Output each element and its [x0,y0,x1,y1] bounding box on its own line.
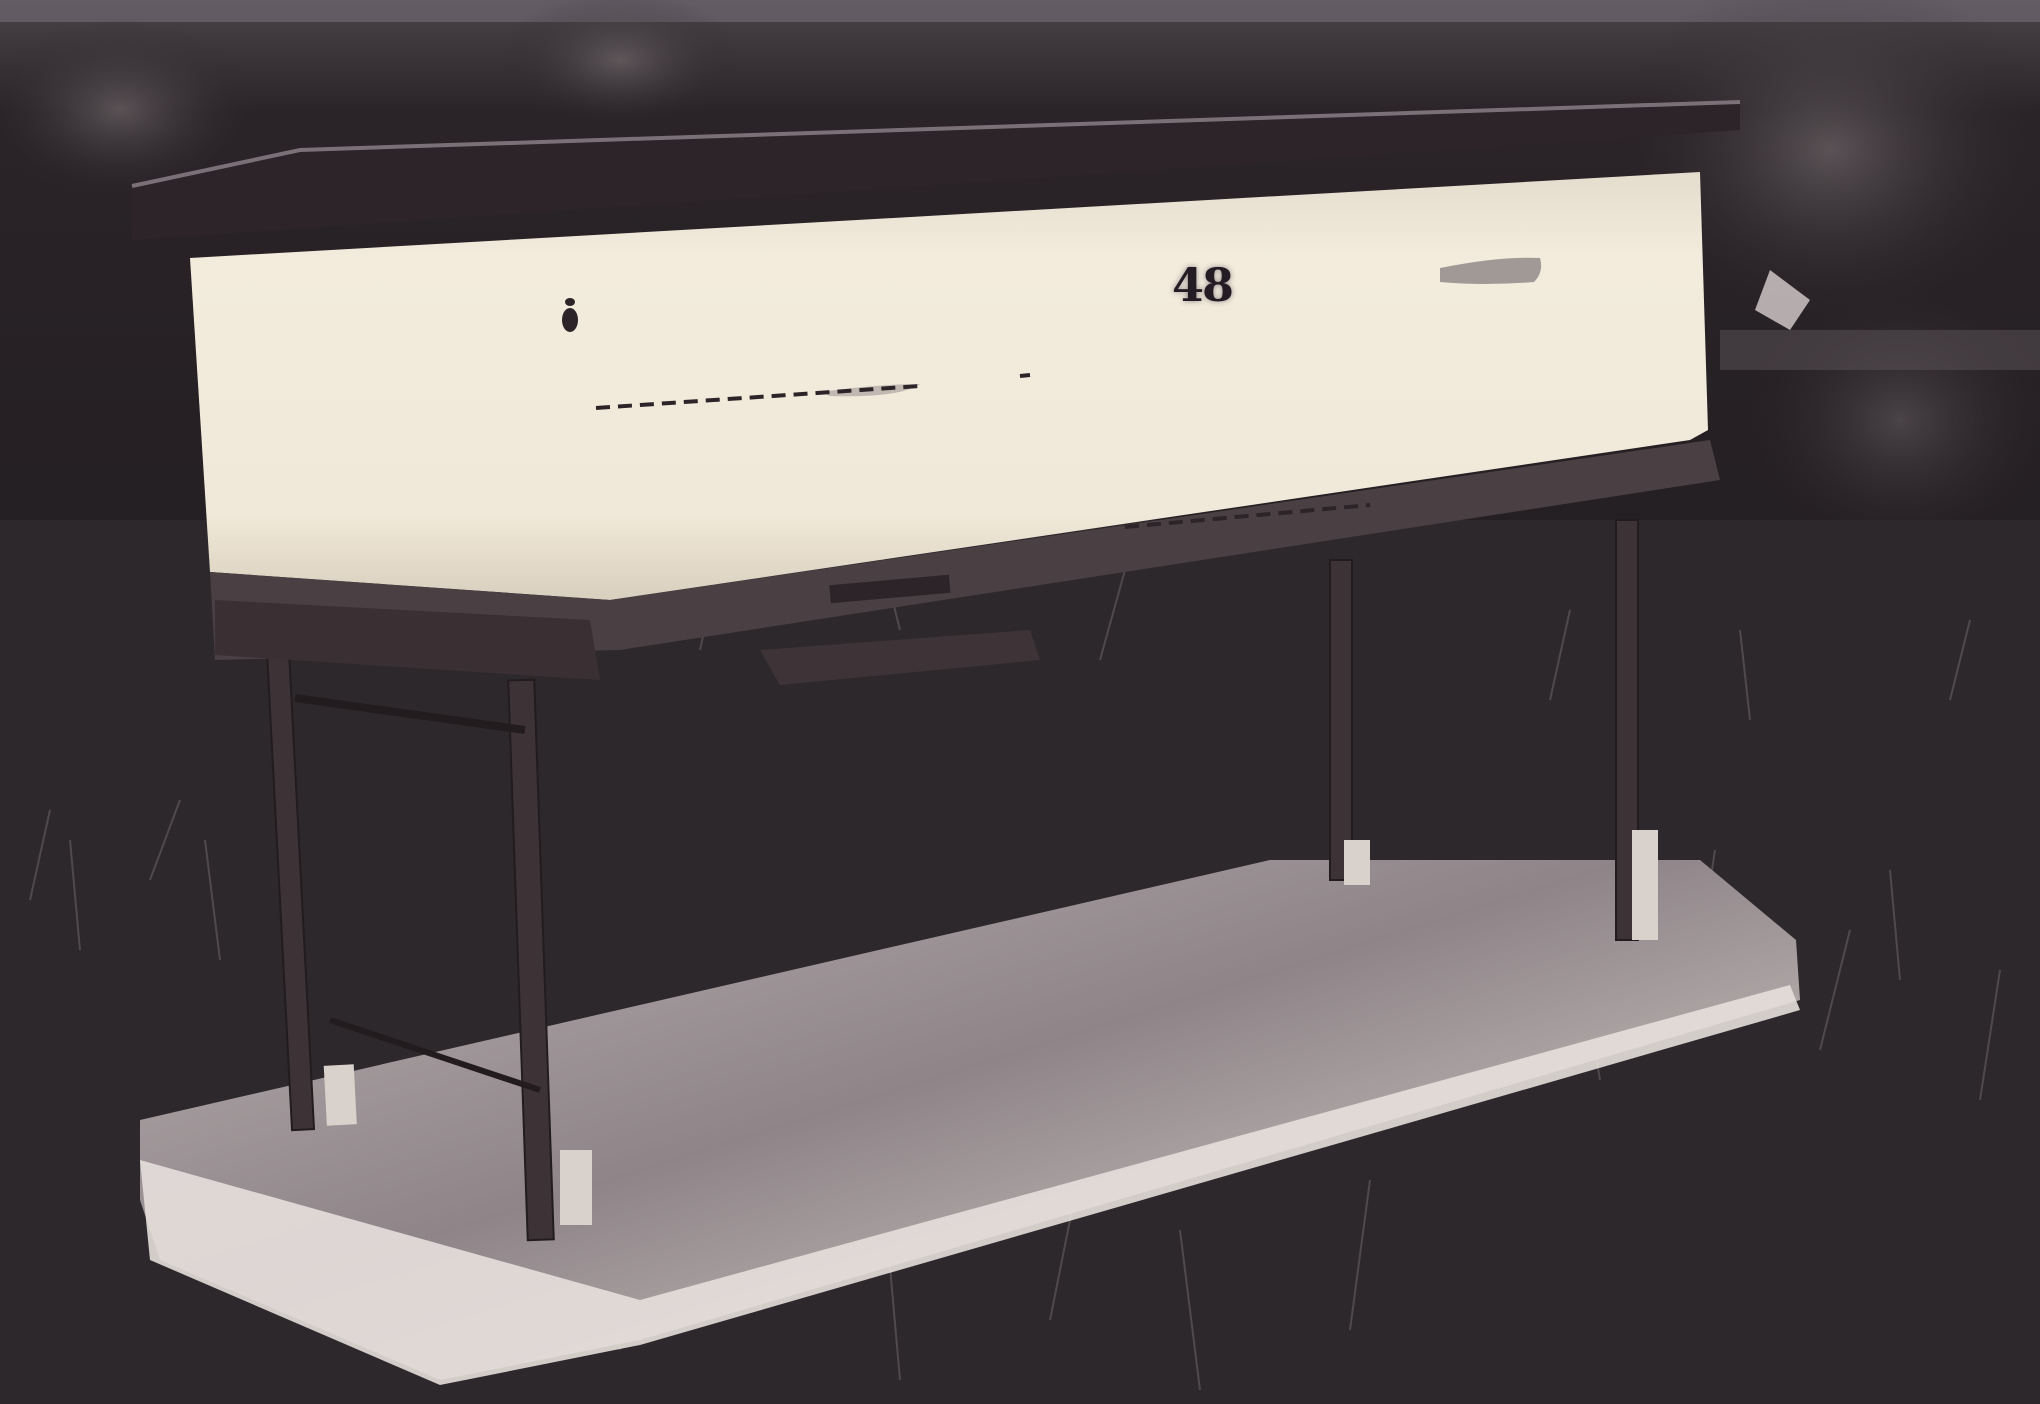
hive-number: 48 [1172,258,1232,312]
stand-leg [1330,560,1352,880]
beehive-photo: 48 [0,0,2040,1404]
